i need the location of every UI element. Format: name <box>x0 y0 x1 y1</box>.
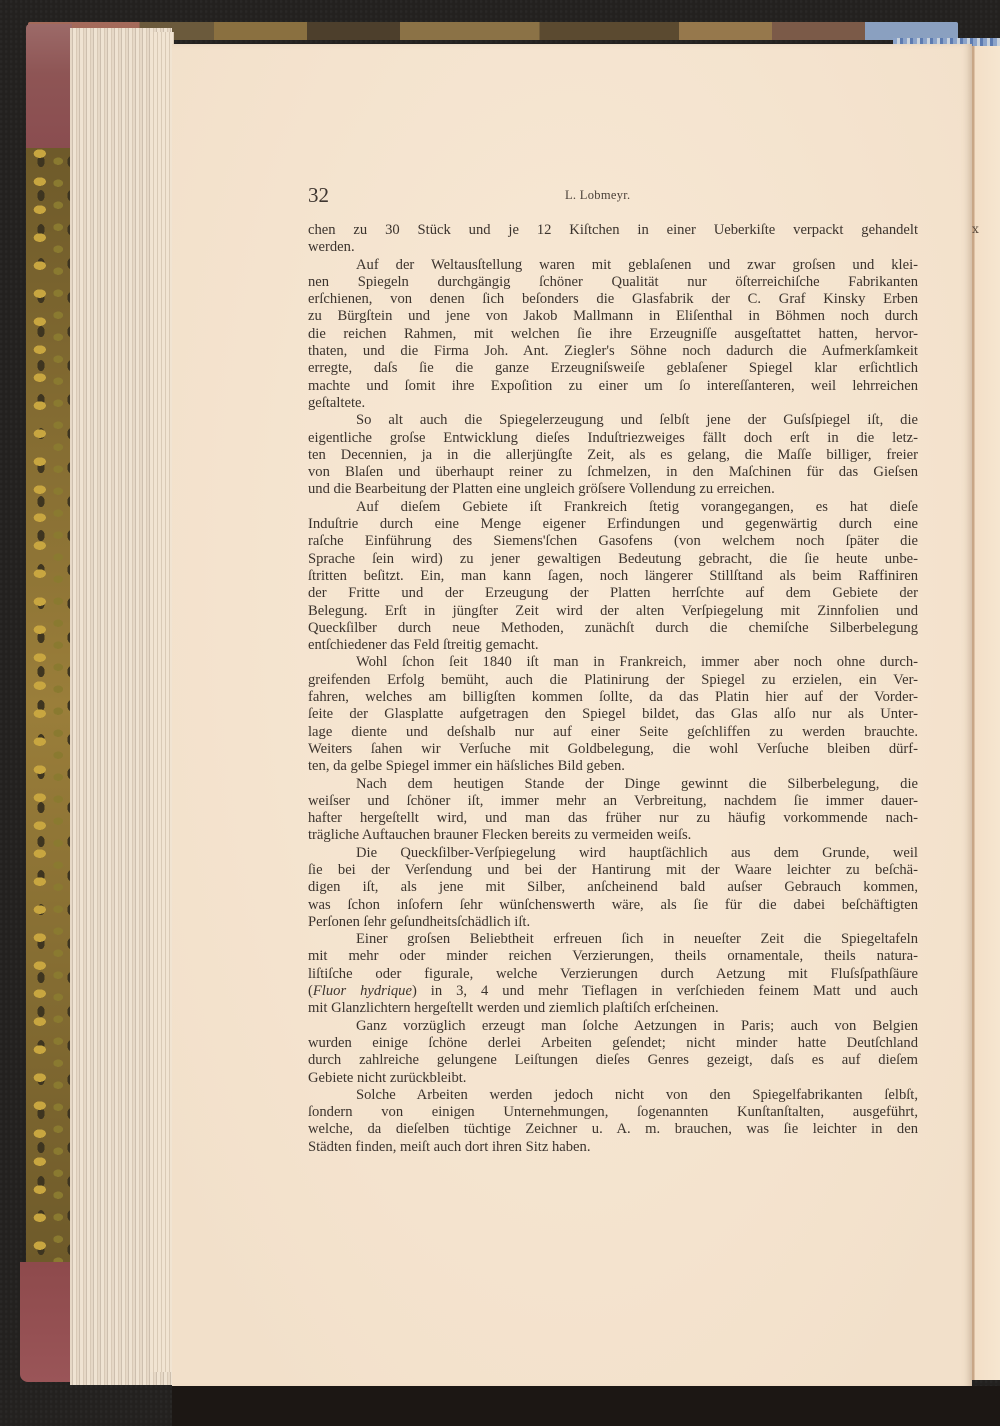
text-line: durch zahlreiche gelungene Leiſtungen di… <box>308 1052 918 1069</box>
text-line: ſtritten beſitzt. Ein, man kann ſagen, n… <box>308 568 918 585</box>
text-line: Gebiete nicht zurückbleibt. <box>308 1070 918 1087</box>
text-line: ten, da gelbe Spiegel immer ein häſslich… <box>308 758 918 775</box>
text-line: nen Spiegeln durchgängig ſchöner Qualitä… <box>308 274 918 291</box>
page-number: 32 <box>308 183 329 208</box>
text-line: machte und ſomit ihre Expoſition zu eine… <box>308 378 918 395</box>
text-line: Weiters ſahen wir Verſuche mit Goldbeleg… <box>308 741 918 758</box>
text-line: digen iſt, als jene mit Silber, anſchein… <box>308 879 918 896</box>
paragraph-first-line: Ganz vorzüglich erzeugt man ſolche Aetzu… <box>308 1018 918 1035</box>
text-line: lage diente und deſshalb nur auf einer S… <box>308 724 918 741</box>
text-line: mit mehr oder minder reichen Verzierunge… <box>308 948 918 965</box>
text-line: trägliche Auftauchen brauner Flecken ber… <box>308 827 918 844</box>
book-cover-leather-corner-top <box>26 24 72 148</box>
text-line: der Fritte und der Erzeugung der Platten… <box>308 585 918 602</box>
text-line: erregte, daſs ſie die ganze Erzeugniſswe… <box>308 360 918 377</box>
text-line: die reichen Rahmen, mit welchen ſie ihre… <box>308 326 918 343</box>
paragraph-first-line: Auf dieſem Gebiete iſt Frankreich ſtetig… <box>308 499 918 516</box>
paragraph-first-line: Solche Arbeiten werden jedoch nicht von … <box>308 1087 918 1104</box>
page-stack-inner-edges <box>150 32 174 1372</box>
text-line: mit Glanzlichtern hergeſtellt werden und… <box>308 1000 918 1017</box>
text-line: und die Bearbeitung der Platten eine ung… <box>308 481 918 498</box>
text-line: wurden einige ſchöne derlei Arbeiten geſ… <box>308 1035 918 1052</box>
text-line: Queckſilber durch neue Methoden, zunächſ… <box>308 620 918 637</box>
text-line: geſtaltete. <box>308 395 918 412</box>
text-line: ten Decennien, ja in die allerjüngſte Ze… <box>308 447 918 464</box>
margin-mark: ⅹ <box>972 222 979 237</box>
book-cover-marbled-paper <box>26 148 72 1264</box>
text-line: erſchienen, von denen ſich beſonders die… <box>308 291 918 308</box>
text-line: chen zu 30 Stück und je 12 Kiſtchen in e… <box>308 222 918 239</box>
text-line: Städten finden, meiſt auch dort ihren Si… <box>308 1139 918 1156</box>
text-line: (Fluor hydrique) in 3, 4 und mehr Tiefla… <box>308 983 918 1000</box>
paragraph-first-line: Auf der Weltausſtellung waren mit geblaſ… <box>308 257 918 274</box>
paragraph-first-line: Einer groſsen Beliebtheit erfreuen ſich … <box>308 931 918 948</box>
running-head: L. Lobmeyr. <box>565 188 630 203</box>
text-line: liſtiſche oder figurale, welche Verzieru… <box>308 966 918 983</box>
text-line: Perſonen ſehr geſundheitsſchädlich iſt. <box>308 914 918 931</box>
paragraph-first-line: Die Queckſilber-Verſpiegelung wird haupt… <box>308 845 918 862</box>
text-line: hafter hergeſtellt wird, und man das frü… <box>308 810 918 827</box>
text-line: greifenden Erfolg bemüht, auch die Plati… <box>308 672 918 689</box>
text-line: fahren, welches am billigſten kommen ſol… <box>308 689 918 706</box>
text-line: Induſtrie durch eine Menge eigener Erfin… <box>308 516 918 533</box>
paragraph-first-line: Nach dem heutigen Stande der Dinge gewin… <box>308 776 918 793</box>
text-line: zu Bürgſtein und jene von Jakob Mallmann… <box>308 308 918 325</box>
text-line: welche, da dieſelben tüchtige Zeichner u… <box>308 1121 918 1138</box>
text-line: ſondern von einigen Unternehmungen, ſoge… <box>308 1104 918 1121</box>
text-line: ſeite der Glasplatte aufgetragen den Spi… <box>308 706 918 723</box>
paragraph-first-line: Wohl ſchon ſeit 1840 iſt man in Frankrei… <box>308 654 918 671</box>
text-line: weiſser und ſchöner iſt, immer mehr an V… <box>308 793 918 810</box>
bottom-shadow <box>172 1386 1000 1426</box>
text-line: von Blaſen und überhaupt reiner zu ſchme… <box>308 464 918 481</box>
text-line: raſche Einführung des Siemens'ſchen Gaso… <box>308 533 918 550</box>
text-line: thaten, und die Firma Joh. Ant. Ziegler'… <box>308 343 918 360</box>
text-line: eigentliche groſse Entwicklung dieſes In… <box>308 430 918 447</box>
paragraph-first-line: So alt auch die Spiegelerzeugung und ſel… <box>308 412 918 429</box>
text-line: Sprache ſein wird) zu jener gewaltigen B… <box>308 551 918 568</box>
text-line: was ſchon inſofern ſehr wünſchenswerth w… <box>308 897 918 914</box>
facing-page-edge <box>972 46 1000 1380</box>
italic-term: Fluor hydrique <box>313 983 412 999</box>
text-line: Belegung. Erſt in jüngſter Zeit wird der… <box>308 603 918 620</box>
body-text: chen zu 30 Stück und je 12 Kiſtchen in e… <box>308 222 918 1156</box>
text-line: werden. <box>308 239 918 256</box>
text-line: ſie bei der Verſendung und bei der Hanti… <box>308 862 918 879</box>
text-line: entſchiedener das Feld ſtreitig gemacht. <box>308 637 918 654</box>
